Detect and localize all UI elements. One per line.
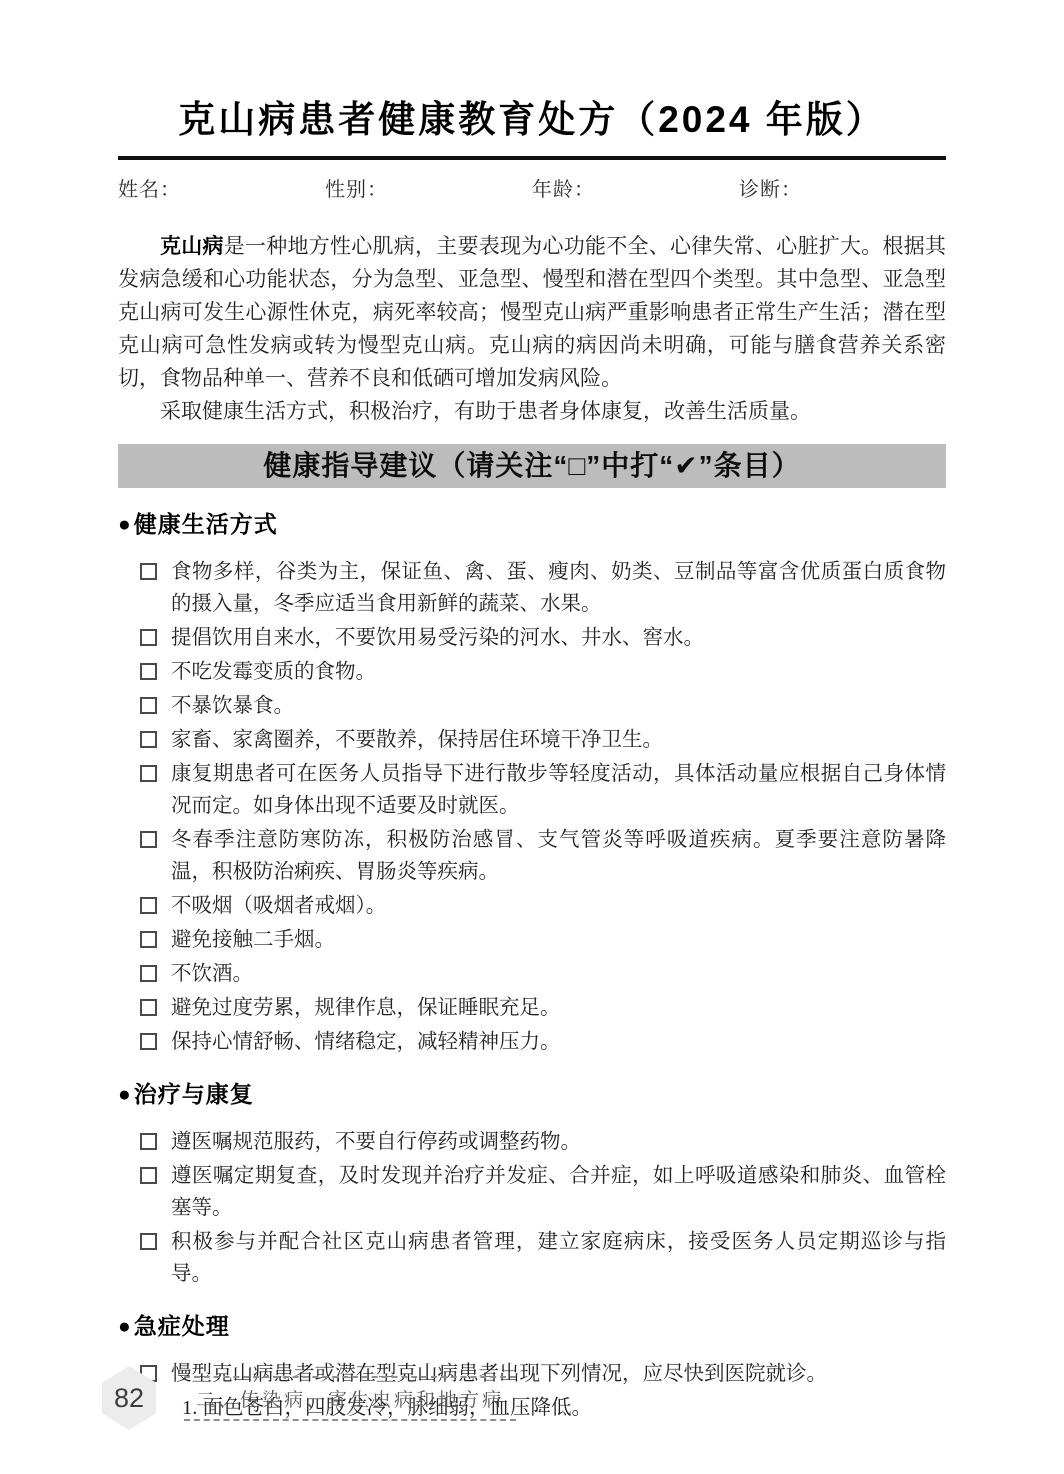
check-item: 保持心情舒畅、情绪稳定，减轻精神压力。 xyxy=(118,1026,946,1058)
check-item: 遵医嘱规范服药，不要自行停药或调整药物。 xyxy=(118,1126,946,1158)
check-item-text: 避免接触二手烟。 xyxy=(171,924,946,956)
intro-block: 克山病是一种地方性心肌病，主要表现为心功能不全、心律失常、心脏扩大。根据其发病急… xyxy=(118,230,946,428)
page-footer: 82 二、传染病、寄生虫病和地方病 xyxy=(102,1366,516,1430)
checkbox[interactable] xyxy=(140,1167,157,1184)
checkbox[interactable] xyxy=(140,1233,157,1250)
checkbox[interactable] xyxy=(140,663,157,680)
check-item-text: 遵医嘱规范服药，不要自行停药或调整药物。 xyxy=(171,1126,946,1158)
check-item-text: 康复期患者可在医务人员指导下进行散步等轻度活动，具体活动量应根据自己身体情况而定… xyxy=(171,758,946,822)
section-bullet-icon: ● xyxy=(118,1314,132,1338)
check-item: 康复期患者可在医务人员指导下进行散步等轻度活动，具体活动量应根据自己身体情况而定… xyxy=(118,758,946,822)
document-page: 克山病患者健康教育处方（2024 年版） 姓名： 性别： 年龄： 诊断： 克山病… xyxy=(0,0,1064,1474)
checkbox[interactable] xyxy=(140,1033,157,1050)
page-number-badge: 82 xyxy=(102,1366,156,1430)
title-divider xyxy=(118,156,946,160)
check-item: 食物多样，谷类为主，保证鱼、禽、蛋、瘦肉、奶类、豆制品等富含优质蛋白质食物的摄入… xyxy=(118,556,946,620)
section-bullet-icon: ● xyxy=(118,512,132,536)
guidance-banner: 健康指导建议（请关注“□”中打“✔”条目） xyxy=(118,444,946,488)
checkbox[interactable] xyxy=(140,731,157,748)
check-item-text: 食物多样，谷类为主，保证鱼、禽、蛋、瘦肉、奶类、豆制品等富含优质蛋白质食物的摄入… xyxy=(171,556,946,620)
intro-paragraph-1: 克山病是一种地方性心肌病，主要表现为心功能不全、心律失常、心脏扩大。根据其发病急… xyxy=(118,230,946,395)
section-heading-label: 急症处理 xyxy=(134,1314,230,1339)
check-item-text: 不吸烟（吸烟者戒烟）。 xyxy=(171,890,946,922)
checkbox[interactable] xyxy=(140,1133,157,1150)
checkbox[interactable] xyxy=(140,563,157,580)
check-item-text: 提倡饮用自来水，不要饮用易受污染的河水、井水、窖水。 xyxy=(171,622,946,654)
section-heading: ●急症处理 xyxy=(118,1313,946,1341)
check-item-text: 不饮酒。 xyxy=(171,958,946,990)
checkbox[interactable] xyxy=(140,897,157,914)
sex-field-label: 性别： xyxy=(325,176,532,204)
check-item: 遵医嘱定期复查，及时发现并治疗并发症、合并症，如上呼吸道感染和肺炎、血管栓塞等。 xyxy=(118,1160,946,1224)
check-item-text: 避免过度劳累，规律作息，保证睡眠充足。 xyxy=(171,992,946,1024)
check-list: 遵医嘱规范服药，不要自行停药或调整药物。遵医嘱定期复查，及时发现并治疗并发症、合… xyxy=(118,1126,946,1290)
page-title: 克山病患者健康教育处方（2024 年版） xyxy=(118,96,946,144)
check-item: 不吃发霉变质的食物。 xyxy=(118,656,946,688)
checkbox[interactable] xyxy=(140,765,157,782)
section-heading-label: 健康生活方式 xyxy=(134,512,278,537)
checkbox[interactable] xyxy=(140,629,157,646)
check-item-text: 不暴饮暴食。 xyxy=(171,690,946,722)
chapter-label: 二、传染病、寄生虫病和地方病 xyxy=(184,1376,516,1421)
intro-paragraph-1-text: 是一种地方性心肌病，主要表现为心功能不全、心律失常、心脏扩大。根据其发病急缓和心… xyxy=(118,234,946,390)
intro-paragraph-2: 采取健康生活方式，积极治疗，有助于患者身体康复，改善生活质量。 xyxy=(118,395,946,428)
section-heading-label: 治疗与康复 xyxy=(134,1082,254,1107)
patient-info-row: 姓名： 性别： 年龄： 诊断： xyxy=(118,176,946,204)
check-item: 家畜、家禽圈养，不要散养，保持居住环境干净卫生。 xyxy=(118,724,946,756)
diagnosis-field-label: 诊断： xyxy=(739,176,946,204)
age-field-label: 年龄： xyxy=(532,176,739,204)
check-item: 避免接触二手烟。 xyxy=(118,924,946,956)
check-item-text: 保持心情舒畅、情绪稳定，减轻精神压力。 xyxy=(171,1026,946,1058)
check-item: 不吸烟（吸烟者戒烟）。 xyxy=(118,890,946,922)
check-item-text: 积极参与并配合社区克山病患者管理，建立家庭病床，接受医务人员定期巡诊与指导。 xyxy=(171,1226,946,1290)
section-bullet-icon: ● xyxy=(118,1082,132,1106)
check-item-text: 家畜、家禽圈养，不要散养，保持居住环境干净卫生。 xyxy=(171,724,946,756)
sections-root: ●健康生活方式食物多样，谷类为主，保证鱼、禽、蛋、瘦肉、奶类、豆制品等富含优质蛋… xyxy=(118,511,946,1424)
section-heading: ●治疗与康复 xyxy=(118,1081,946,1109)
check-item: 积极参与并配合社区克山病患者管理，建立家庭病床，接受医务人员定期巡诊与指导。 xyxy=(118,1226,946,1290)
checkbox[interactable] xyxy=(140,931,157,948)
check-item: 冬春季注意防寒防冻，积极防治感冒、支气管炎等呼吸道疾病。夏季要注意防暑降温，积极… xyxy=(118,824,946,888)
check-item-text: 不吃发霉变质的食物。 xyxy=(171,656,946,688)
check-item: 不饮酒。 xyxy=(118,958,946,990)
check-item: 不暴饮暴食。 xyxy=(118,690,946,722)
check-item: 提倡饮用自来水，不要饮用易受污染的河水、井水、窖水。 xyxy=(118,622,946,654)
check-item: 避免过度劳累，规律作息，保证睡眠充足。 xyxy=(118,992,946,1024)
checkbox[interactable] xyxy=(140,831,157,848)
checkbox[interactable] xyxy=(140,697,157,714)
checkbox[interactable] xyxy=(140,999,157,1016)
section-heading: ●健康生活方式 xyxy=(118,511,946,539)
check-item-text: 遵医嘱定期复查，及时发现并治疗并发症、合并症，如上呼吸道感染和肺炎、血管栓塞等。 xyxy=(171,1160,946,1224)
check-item-text: 冬春季注意防寒防冻，积极防治感冒、支气管炎等呼吸道疾病。夏季要注意防暑降温，积极… xyxy=(171,824,946,888)
name-field-label: 姓名： xyxy=(118,176,325,204)
page-number: 82 xyxy=(114,1383,144,1414)
disease-term: 克山病 xyxy=(160,234,224,258)
check-list: 食物多样，谷类为主，保证鱼、禽、蛋、瘦肉、奶类、豆制品等富含优质蛋白质食物的摄入… xyxy=(118,556,946,1058)
checkbox[interactable] xyxy=(140,965,157,982)
